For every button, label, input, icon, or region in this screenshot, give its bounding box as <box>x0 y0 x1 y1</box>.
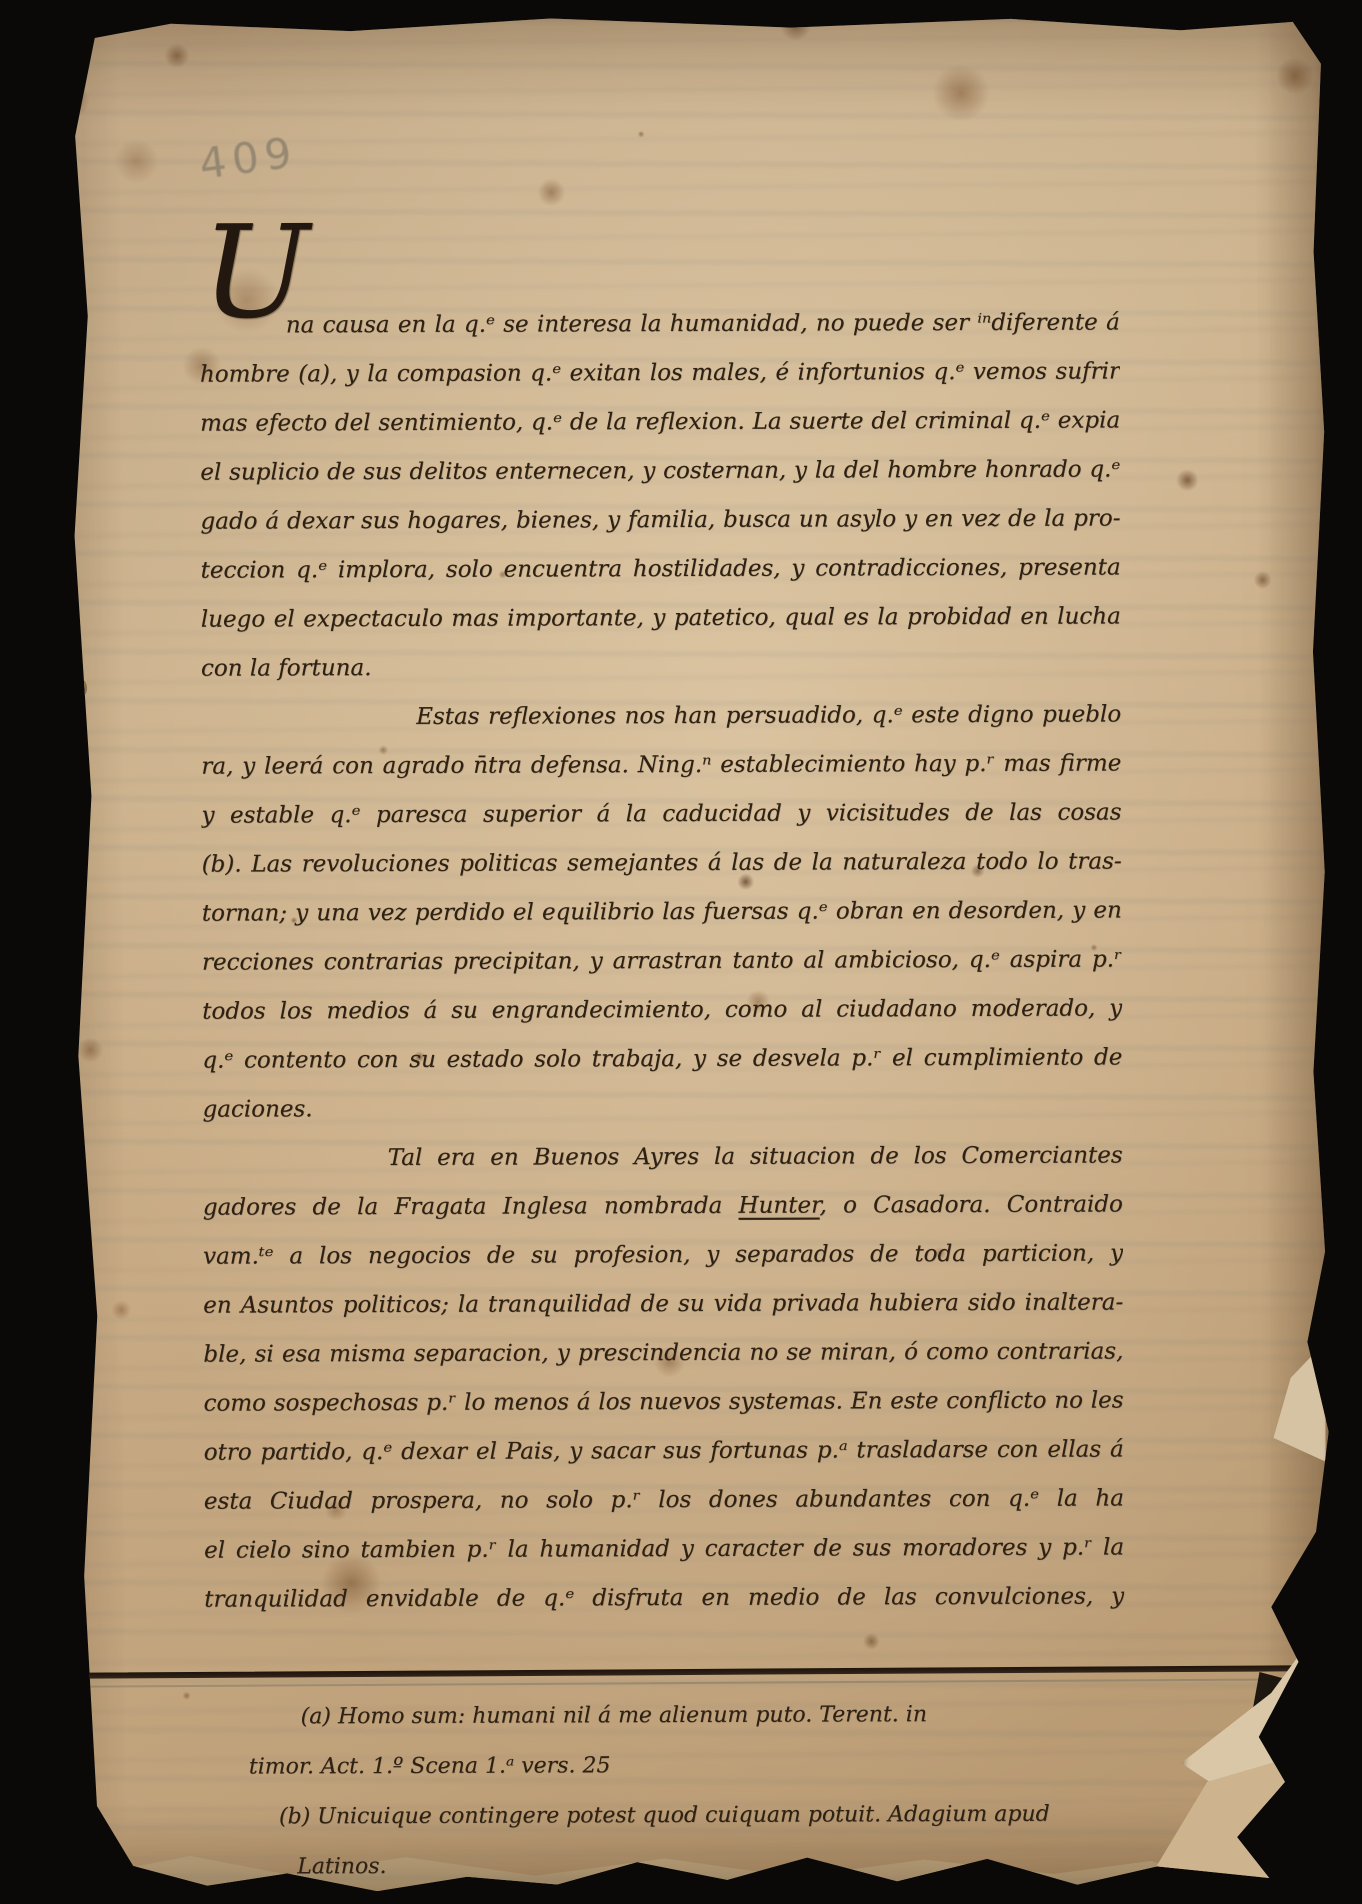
manuscript-line: gado á dexar sus hogares, bienes, y fami… <box>200 494 1120 546</box>
footnote-separator-rule <box>66 1665 1328 1679</box>
manuscript-line: na causa en la q.ᵉ se interesa la humani… <box>200 298 1120 350</box>
footnotes-block: (a) Homo sum: humani nil á me alienum pu… <box>217 1689 1218 1892</box>
drop-cap-initial: U <box>201 209 309 337</box>
manuscript-line: y estable q.ᵉ paresca superior á la cadu… <box>201 788 1121 840</box>
torn-edge-flap <box>1267 1342 1325 1462</box>
footnote-line: (a) Homo sum: humani nil á me alienum pu… <box>217 1689 1217 1742</box>
pencil-annotation: 409 <box>197 128 301 189</box>
manuscript-line: en Asuntos politicos; la tranquilidad de… <box>203 1278 1123 1330</box>
manuscript-line: mas efecto del sentimiento, q.ᵉ de la re… <box>200 396 1120 448</box>
manuscript-page: 409 U na causa en la q.ᵉ se interesa la … <box>31 12 1332 1897</box>
manuscript-line: como sospechosas p.ʳ lo menos á los nuev… <box>203 1376 1123 1428</box>
binding-thread <box>2 446 154 937</box>
manuscript-line: teccion q.ᵉ implora, solo encuentra host… <box>201 543 1121 595</box>
footnote-line: (b) Unicuique contingere potest quod cui… <box>217 1789 1217 1842</box>
manuscript-line: q.ᵉ contento con su estado solo trabaja,… <box>202 1033 1122 1085</box>
manuscript-text-block: U na causa en la q.ᵉ se interesa la huma… <box>200 298 1125 1645</box>
manuscript-line: gadores de la Fragata Inglesa nombrada H… <box>203 1180 1123 1232</box>
manuscript-line: Estas reflexiones nos han persuadido, q.… <box>201 690 1121 742</box>
manuscript-line: todos los medios á su engrandecimiento, … <box>202 984 1122 1036</box>
manuscript-line: esta Ciudad prospera, no solo p.ʳ los do… <box>204 1474 1124 1526</box>
footnote-line: timor. Act. 1.º Scena 1.ᵃ vers. 25 <box>217 1739 1217 1792</box>
manuscript-line: luego el expectaculo mas importante, y p… <box>201 592 1121 644</box>
manuscript-line: (b). Las revoluciones politicas semejant… <box>202 837 1122 889</box>
manuscript-line: con la fortuna. <box>201 641 1121 693</box>
manuscript-line: Tal era en Buenos Ayres la situacion de … <box>203 1131 1123 1183</box>
manuscript-line: vam.ᵗᵉ a los negocios de su profesion, y… <box>203 1229 1123 1281</box>
manuscript-line: ra, y leerá con agrado n̄tra defensa. Ni… <box>201 739 1121 791</box>
manuscript-line: otro partido, q.ᵉ dexar el Pais, y sacar… <box>204 1425 1124 1477</box>
torn-corner-gap <box>1227 1672 1338 1882</box>
footnote-line: Latinos. <box>217 1839 1217 1892</box>
manuscript-line: ble, si esa misma separacion, y prescind… <box>203 1327 1123 1379</box>
manuscript-line: gaciones. <box>202 1082 1122 1134</box>
photograph-backdrop: { "document": { "kind": "handwritten man… <box>0 0 1362 1904</box>
manuscript-line: tornan; y una vez perdido el equilibrio … <box>202 886 1122 938</box>
manuscript-line: el suplicio de sus delitos enternecen, y… <box>200 445 1120 497</box>
manuscript-line: recciones contrarias precipitan, y arras… <box>202 935 1122 987</box>
footnote-separator-echo <box>67 1678 1329 1688</box>
manuscript-line: tranquilidad envidable de q.ᵉ disfruta e… <box>204 1572 1124 1624</box>
manuscript-line: el cielo sino tambien p.ʳ la humanidad y… <box>204 1523 1124 1575</box>
manuscript-line: hombre (a), y la compasion q.ᵉ exitan lo… <box>200 347 1120 399</box>
